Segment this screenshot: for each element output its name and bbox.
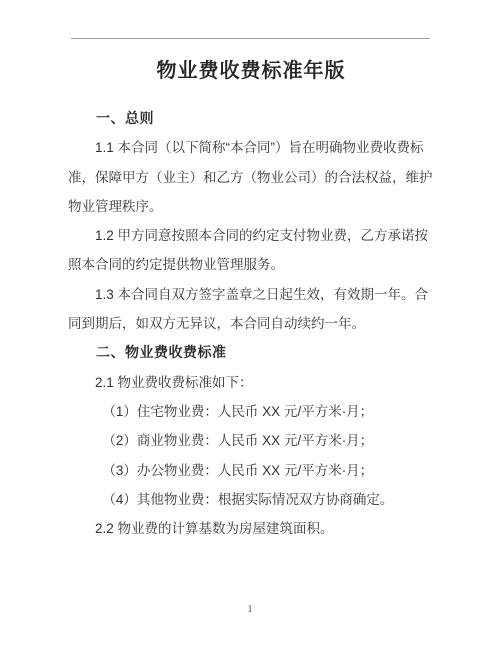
section-heading-1: 一、总则 xyxy=(68,104,434,133)
section-2-paragraph-1: 2.1 物业费收费标准如下： xyxy=(68,368,434,397)
section-heading-2: 二、物业费收费标准 xyxy=(68,338,434,367)
section-2-paragraph-4: （3）办公物业费：人民币 XX 元/平方米·月； xyxy=(68,456,434,485)
section-1-paragraph-2: 1.2 甲方同意按照本合同的约定支付物业费，乙方承诺按照本合同的约定提供物业管理… xyxy=(68,221,434,280)
section-2-paragraph-3: （2）商业物业费：人民币 XX 元/平方米·月； xyxy=(68,426,434,455)
section-2-paragraph-5: （4）其他物业费：根据实际情况双方协商确定。 xyxy=(68,485,434,514)
page-number: 1 xyxy=(0,604,500,615)
document-page: 物业费收费标准年版 一、总则1.1 本合同（以下简称“本合同”）旨在明确物业费收… xyxy=(0,0,500,647)
section-1-paragraph-1: 1.1 本合同（以下简称“本合同”）旨在明确物业费收费标准，保障甲方（业主）和乙… xyxy=(68,133,434,221)
document-title: 物业费收费标准年版 xyxy=(68,57,434,85)
section-2-paragraph-2: （1）住宅物业费：人民币 XX 元/平方米·月； xyxy=(68,397,434,426)
section-2-paragraph-6: 2.2 物业费的计算基数为房屋建筑面积。 xyxy=(68,514,434,543)
section-1-paragraph-3: 1.3 本合同自双方签字盖章之日起生效，有效期一年。合同到期后，如双方无异议，本… xyxy=(68,280,434,339)
document-content: 物业费收费标准年版 一、总则1.1 本合同（以下简称“本合同”）旨在明确物业费收… xyxy=(68,0,434,543)
document-body: 一、总则1.1 本合同（以下简称“本合同”）旨在明确物业费收费标准，保障甲方（业… xyxy=(68,104,434,543)
